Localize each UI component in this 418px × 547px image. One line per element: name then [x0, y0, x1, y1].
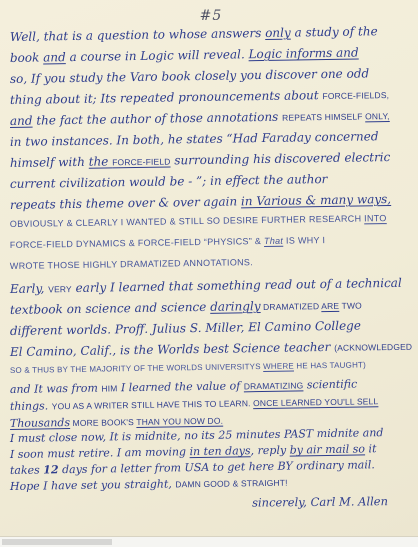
- text-segment: 12: [43, 463, 59, 476]
- text-segment: ARE: [321, 301, 339, 311]
- text-segment: , reply: [250, 444, 289, 458]
- text-segment: and: [43, 50, 66, 64]
- text-segment: takes: [10, 463, 43, 477]
- text-segment: Logic informs and: [248, 46, 358, 62]
- text-segment: HIM: [101, 383, 117, 393]
- text-segment: WHERE: [263, 362, 294, 371]
- text-segment: it: [365, 442, 377, 455]
- text-segment: things.: [10, 399, 52, 413]
- text-segment: Thousands: [10, 416, 70, 430]
- text-segment: I soon must retire. I am moving: [10, 445, 190, 461]
- text-segment: Well, that is a question to whose answer…: [10, 26, 265, 44]
- text-segment: the fact the author of those annotations: [32, 110, 282, 128]
- text-segment: REPEATS HIMSELF: [282, 111, 365, 122]
- text-segment: in Various & many ways,: [241, 192, 391, 208]
- text-segment: ONCE LEARNED YOU'LL SELL: [253, 396, 378, 408]
- signature: sincerely, Carl M. Allen: [10, 494, 412, 513]
- text-segment: and: [10, 114, 33, 128]
- text-segment: THAN YOU NOW DO.: [136, 416, 223, 427]
- scan-artifact: [2, 539, 112, 545]
- text-segment: daringly: [210, 299, 261, 314]
- text-segment: only: [265, 26, 291, 40]
- text-segment: a study of the: [291, 24, 378, 39]
- text-segment: book: [10, 50, 43, 65]
- text-segment: I learned the value of: [117, 379, 244, 394]
- text-segment: by air mail so: [290, 442, 366, 456]
- text-segment: the: [89, 154, 113, 168]
- text-segment: repeats this theme over & over again: [10, 194, 241, 212]
- text-segment: VERY: [48, 284, 72, 294]
- text-segment: ONLY,: [365, 111, 390, 121]
- scan-edge: [0, 536, 418, 547]
- text-segment: and It was from: [10, 382, 102, 396]
- text-segment: himself with: [10, 155, 89, 170]
- text-segment: HE HAS TAUGHT): [294, 360, 366, 370]
- letter-page: #5 Well, that is a question to whose ans…: [0, 0, 418, 547]
- text-segment: Early,: [10, 281, 49, 296]
- text-segment: Hope I have set you straight,: [10, 477, 176, 493]
- text-segment: FORCE-FIELD: [112, 156, 170, 167]
- text-segment: a course in Logic will reveal.: [66, 47, 249, 64]
- text-segment: That: [264, 236, 283, 246]
- text-segment: textbook on science and science: [10, 300, 210, 317]
- text-segment: YOU AS A WRITER STILL HAVE THIS TO LEARN…: [52, 398, 254, 411]
- text-segment: DRAMATIZED: [261, 301, 322, 312]
- text-segment: TWO: [339, 300, 362, 310]
- text-segment: IS WHY I: [283, 235, 325, 246]
- text-segment: scientific: [303, 378, 357, 392]
- text-segment: FORCE-FIELDS,: [322, 90, 389, 101]
- text-segment: DRAMATIZING: [244, 380, 304, 391]
- text-segment: in ten days: [189, 444, 250, 458]
- text-segment: DAMN GOOD & STRAIGHT!: [175, 478, 287, 490]
- text-segment: (ACKNOWLEDGED: [334, 342, 412, 353]
- text-segment: MORE BOOK'S: [70, 417, 136, 428]
- text-segment: surrounding his discovered electric: [170, 150, 390, 167]
- text-segment: INTO: [364, 213, 387, 223]
